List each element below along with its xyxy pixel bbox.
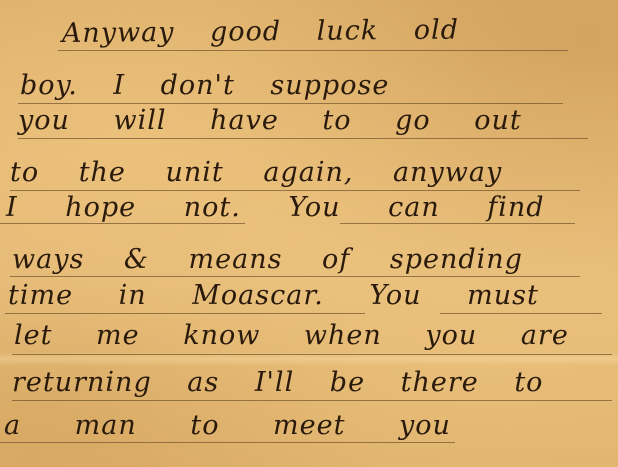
ruled-line (0, 442, 455, 443)
ruled-line (58, 50, 568, 51)
ruled-line (5, 313, 365, 314)
letter-line-1: Anyway good luck old (62, 15, 459, 49)
letter-line-9: returning as I'll be there to (12, 367, 543, 398)
ruled-line (12, 400, 612, 401)
ruled-line (440, 313, 602, 314)
letter-line-10: a man to meet you (4, 410, 451, 441)
letter-line-7: time in Moascar. You must (8, 280, 539, 311)
letter-line-2: boy. I don't suppose (20, 70, 389, 101)
letter-line-8: let me know when you are (14, 320, 569, 351)
ruled-line (0, 223, 245, 224)
ruled-line (12, 354, 612, 355)
letter-page: Anyway good luck old boy. I don't suppos… (0, 0, 618, 467)
letter-line-5: I hope not. You can find (6, 192, 545, 223)
letter-line-4: to the unit again, anyway (10, 157, 502, 188)
ruled-line (10, 190, 580, 191)
ruled-line (340, 223, 575, 224)
ruled-line (18, 138, 588, 139)
letter-line-3: you will have to go out (18, 105, 522, 136)
letter-line-6: ways & means of spending (12, 244, 523, 275)
ruled-line (18, 103, 563, 104)
ruled-line (10, 276, 580, 277)
